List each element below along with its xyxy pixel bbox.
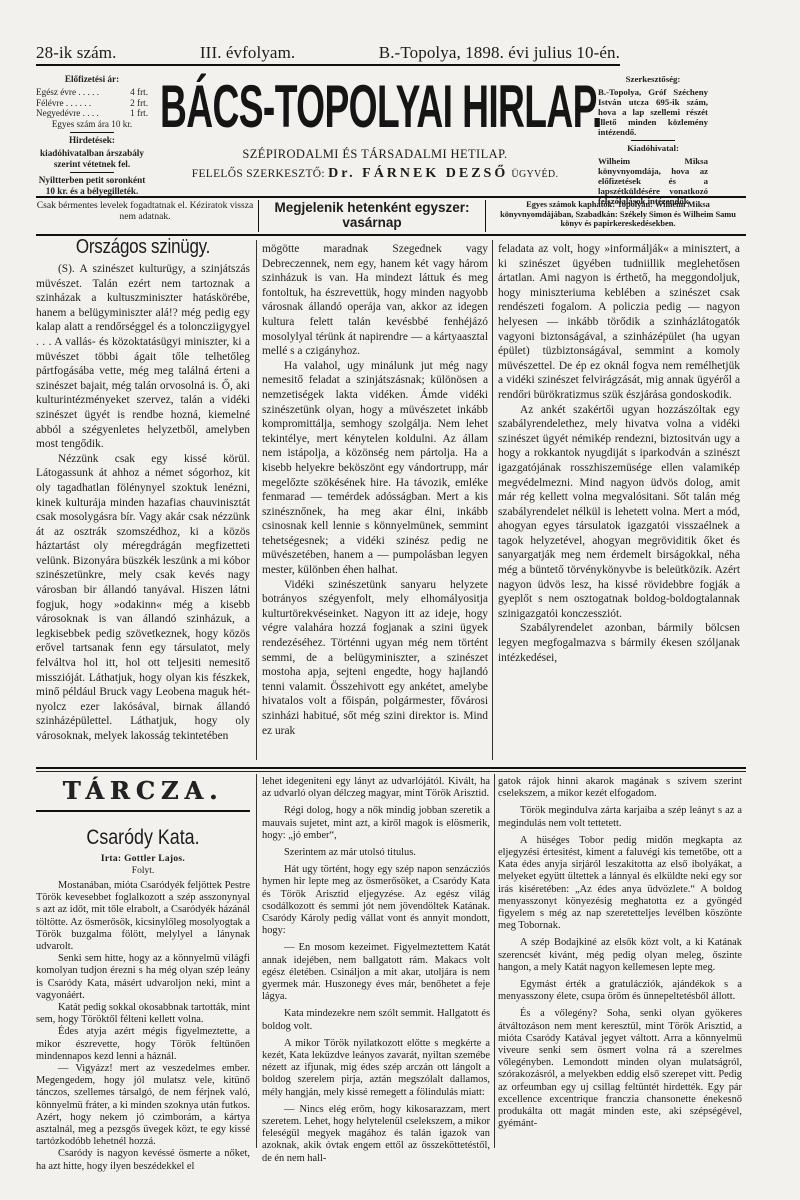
column-divider: [494, 774, 495, 1148]
paragraph: Egymást érték a gratulácziók, ajándékok …: [498, 979, 742, 1003]
price-value: 2 frt.: [130, 98, 148, 108]
paragraph: És a vőlegény? Soha, senki olyan gyökere…: [498, 1008, 742, 1130]
issue-date: B.-Topolya, 1898. évi julius 10-én.: [379, 44, 620, 62]
paragraph: — Nincs elég erőm, hogy kikosarazzam, me…: [262, 1104, 490, 1165]
price-row: Negyedévre . . . . 1 frt.: [36, 108, 148, 118]
paragraph: Török megindulva zárta karjaiba a szép l…: [498, 805, 742, 829]
column-divider: [492, 240, 493, 760]
publication-day: vasárnap: [259, 215, 485, 230]
story-column-2: lehet idegeniteni egy lányt az udvarlójá…: [262, 776, 490, 1165]
publisher-text: Wilheim Miksa könyvnyomdája, hova az elő…: [598, 156, 708, 206]
paragraph: feladata az volt, hogy »informálják« a m…: [498, 242, 740, 403]
paragraph: Mostanában, mióta Csaródyék feljöttek Pe…: [36, 880, 250, 953]
divider: [70, 132, 114, 133]
notice-publication: Megjelenik hetenként egyszer: vasárnap: [258, 200, 486, 232]
paragraph: Nézzünk csak egy kissé körül. Látogassun…: [36, 452, 250, 744]
editor-line: FELELŐS SZERKESZTŐ: Dr. FÁRNEK DEZSŐ ÜGY…: [160, 166, 590, 182]
open-space-text: Nyiltterben petit soronként 10 kr. és a …: [36, 175, 148, 196]
volume-number: III. évfolyam.: [200, 44, 295, 62]
article-column-1: (S). A szinészet kulturügy, a szinjátszá…: [36, 262, 250, 744]
paragraph: mögötte maradnak Szegednek vagy Debrecze…: [262, 242, 488, 359]
paragraph: Senki sem hitte, hogy az a könnyelmü vil…: [36, 953, 250, 1002]
paragraph: Az ankét szakértői ugyan hozzászóltak eg…: [498, 403, 740, 622]
editorial-office-box: Szerkesztőség: B.-Topolya, Gróf Szécheny…: [598, 74, 708, 206]
price-row: Egész évre . . . . . 4 frt.: [36, 87, 148, 97]
price-value: 1 frt.: [130, 108, 148, 118]
paragraph: A hüséges Tobor pedig midőn megkapta az …: [498, 835, 742, 933]
paragraph: Szerintem az már utolsó titulus.: [262, 847, 490, 859]
paragraph: (S). A szinészet kulturügy, a szinjátszá…: [36, 262, 250, 452]
publisher-heading: Kiadóhivatal:: [598, 143, 708, 153]
editorial-heading: Szerkesztőség:: [598, 74, 708, 84]
price-label: Egész évre . . . . .: [36, 87, 99, 97]
section-rule: [36, 767, 746, 769]
ads-text: kiadóhivatalban árszabály szerint vétetn…: [36, 148, 148, 169]
column-divider: [256, 240, 257, 760]
masthead-topline: 28-ik szám. III. évfolyam. B.-Topolya, 1…: [36, 40, 620, 66]
paragraph: A szép Bodajkiné az elsők közt volt, a k…: [498, 937, 742, 974]
publication-frequency: Megjelenik hetenként egyszer:: [259, 200, 485, 215]
story-title: Csaródy Kata.: [52, 826, 234, 850]
divider: [70, 172, 114, 173]
paragraph: Régi dolog, hogy a nők mindig jobban sze…: [262, 805, 490, 842]
story-continued-note: Folyt.: [36, 866, 250, 876]
masthead-rule: [36, 196, 746, 198]
price-label: Félévre . . . . . .: [36, 98, 91, 108]
story-column-3: gatok rájok hinni akarok magának s szive…: [498, 776, 742, 1130]
article-heading: Országos szinügy.: [52, 236, 234, 259]
section-rule-thin: [36, 771, 746, 772]
divider: [631, 140, 675, 141]
feuilleton-rule: [36, 810, 250, 812]
issue-number: 28-ik szám.: [36, 44, 116, 62]
newspaper-title: BÁCS-TOPOLYAI HIRLAP.: [160, 76, 428, 138]
notice-letters: Csak bérmentes levelek fogadtatnak el. K…: [36, 200, 254, 232]
article-column-2: mögötte maradnak Szegednek vagy Debrecze…: [262, 242, 488, 738]
paragraph: Ha valahol, ugy minálunk jut még nagy ne…: [262, 359, 488, 578]
notice-sales-points: Egyes számok kaphatók: Topolyán: Wilheim…: [490, 200, 746, 232]
editor-name: Dr. FÁRNEK DEZSŐ: [328, 166, 508, 181]
paragraph: Szabályrendelet azonban, bármily bölcsen…: [498, 621, 740, 665]
price-label: Negyedévre . . . .: [36, 108, 99, 118]
story-author: Irta: Gottler Lajos.: [36, 854, 250, 864]
editor-label: FELELŐS SZERKESZTŐ:: [192, 168, 325, 180]
paragraph: — Vigyázz! mert az veszedelmes ember. Me…: [36, 1063, 250, 1148]
paragraph: Édes atyja azért mégis figyelmeztette, a…: [36, 1026, 250, 1063]
paragraph: Vidéki szinészetünk sanyaru helyzete bot…: [262, 578, 488, 739]
article-column-3: feladata az volt, hogy »informálják« a m…: [498, 242, 740, 665]
price-row: Félévre . . . . . . 2 frt.: [36, 98, 148, 108]
paragraph: Kata mindezekre nem szólt semmit. Hallga…: [262, 1008, 490, 1032]
editor-title: ÜGYVÉD.: [511, 169, 558, 180]
newspaper-subtitle: SZÉPIRODALMI ÉS TÁRSADALMI HETILAP.: [160, 147, 590, 162]
subscription-heading: Előfizetési ár:: [36, 74, 148, 84]
subscription-box: Előfizetési ár: Egész évre . . . . . 4 f…: [36, 74, 148, 196]
paragraph: Katát pedig sokkal okosabbnak tartották,…: [36, 1002, 250, 1026]
story-column-1: Mostanában, mióta Csaródyék feljöttek Pe…: [36, 880, 250, 1173]
newspaper-page: 28-ik szám. III. évfolyam. B.-Topolya, 1…: [0, 0, 800, 1200]
ads-heading: Hirdetések:: [36, 135, 148, 145]
single-copy-price: Egyes szám ára 10 kr.: [36, 119, 148, 129]
paragraph: A mikor Török nyilatkozott előtte s megk…: [262, 1038, 490, 1099]
paragraph: — En mosom kezeimet. Figyelmeztettem Kat…: [262, 942, 490, 1003]
paragraph: gatok rájok hinni akarok magának s szive…: [498, 776, 742, 800]
paragraph: Csaródy is nagyon kevéssé ösmerte a nőke…: [36, 1148, 250, 1172]
paragraph: Hát ugy történt, hogy egy szép napon sen…: [262, 864, 490, 937]
editorial-text: B.-Topolya, Gróf Szécheny István utcza 6…: [598, 87, 708, 137]
feuilleton-heading: TÁRCZA.: [36, 776, 250, 805]
paragraph: lehet idegeniteni egy lányt az udvarlójá…: [262, 776, 490, 800]
price-value: 4 frt.: [130, 87, 148, 97]
column-divider: [256, 774, 257, 1148]
